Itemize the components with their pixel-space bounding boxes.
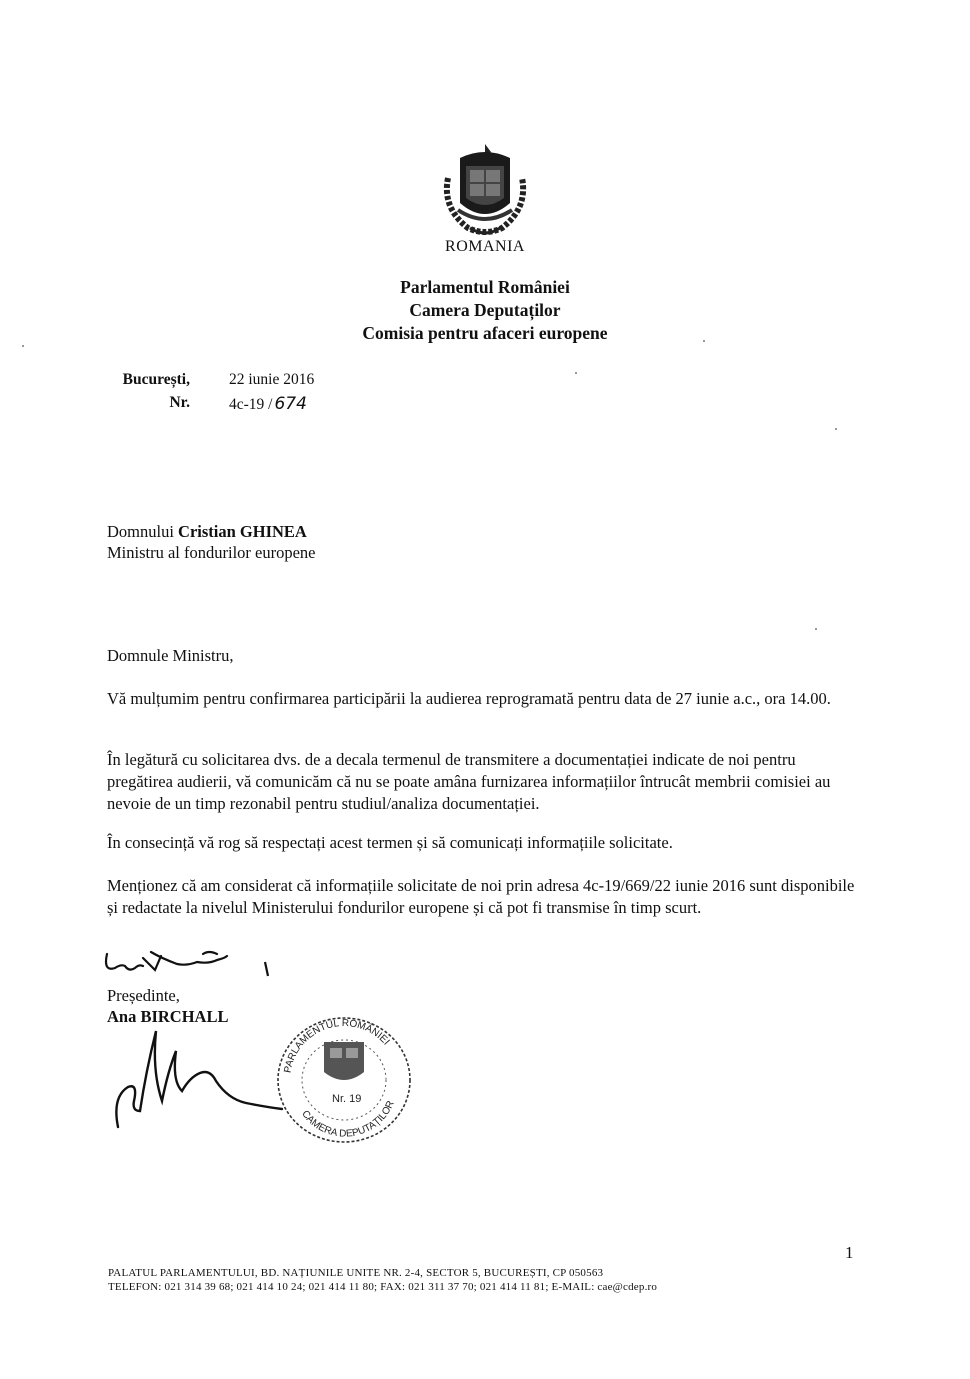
addressee-name: Cristian GHINEA [178, 522, 307, 541]
footer-address: PALATUL PARLAMENTULUI, BD. NAȚIUNILE UNI… [108, 1267, 603, 1279]
footer-contact: TELEFON: 021 314 39 68; 021 414 10 24; 0… [108, 1281, 657, 1293]
number-label: Nr. [90, 394, 190, 412]
scan-speck [815, 628, 817, 630]
registration-number-handwritten: 674 [274, 394, 306, 414]
handwritten-closing-icon [103, 948, 278, 988]
registration-number: 4c-19 /674 [229, 394, 307, 414]
addressee-title: Ministru al fondurilor europene [107, 542, 847, 564]
paragraph-3: În consecință vă rog să respectați acest… [107, 832, 847, 854]
chamber-name: Camera Deputaților [330, 300, 640, 321]
signatory-role: Președinte, [107, 985, 847, 1007]
institution-name: Parlamentul României [330, 277, 640, 298]
place-label: București, [90, 371, 190, 389]
letter-date: 22 iunie 2016 [229, 371, 314, 389]
country-label: ROMANIA [425, 238, 545, 256]
paragraph-4: Menționez că am considerat că informații… [107, 875, 857, 919]
addressee-line: Domnului Cristian GHINEA [107, 521, 847, 543]
committee-name: Comisia pentru afaceri europene [330, 323, 640, 344]
addressee-prefix: Domnului [107, 522, 174, 541]
scan-speck [22, 345, 24, 347]
greeting: Domnule Ministru, [107, 645, 847, 667]
page-number: 1 [845, 1243, 854, 1263]
official-stamp-icon: PARLAMENTUL ROMÂNIEI CAMERA DEPUTAȚILOR … [272, 1010, 417, 1150]
stamp-number: Nr. 19 [332, 1093, 361, 1105]
registration-number-printed: 4c-19 / [229, 396, 272, 413]
paragraph-2: În legătură cu solicitarea dvs. de a dec… [107, 749, 837, 815]
scan-speck [703, 340, 705, 342]
scan-speck [575, 372, 577, 374]
paragraph-1: Vă mulțumim pentru confirmarea participă… [107, 688, 837, 710]
scan-speck [835, 428, 837, 430]
